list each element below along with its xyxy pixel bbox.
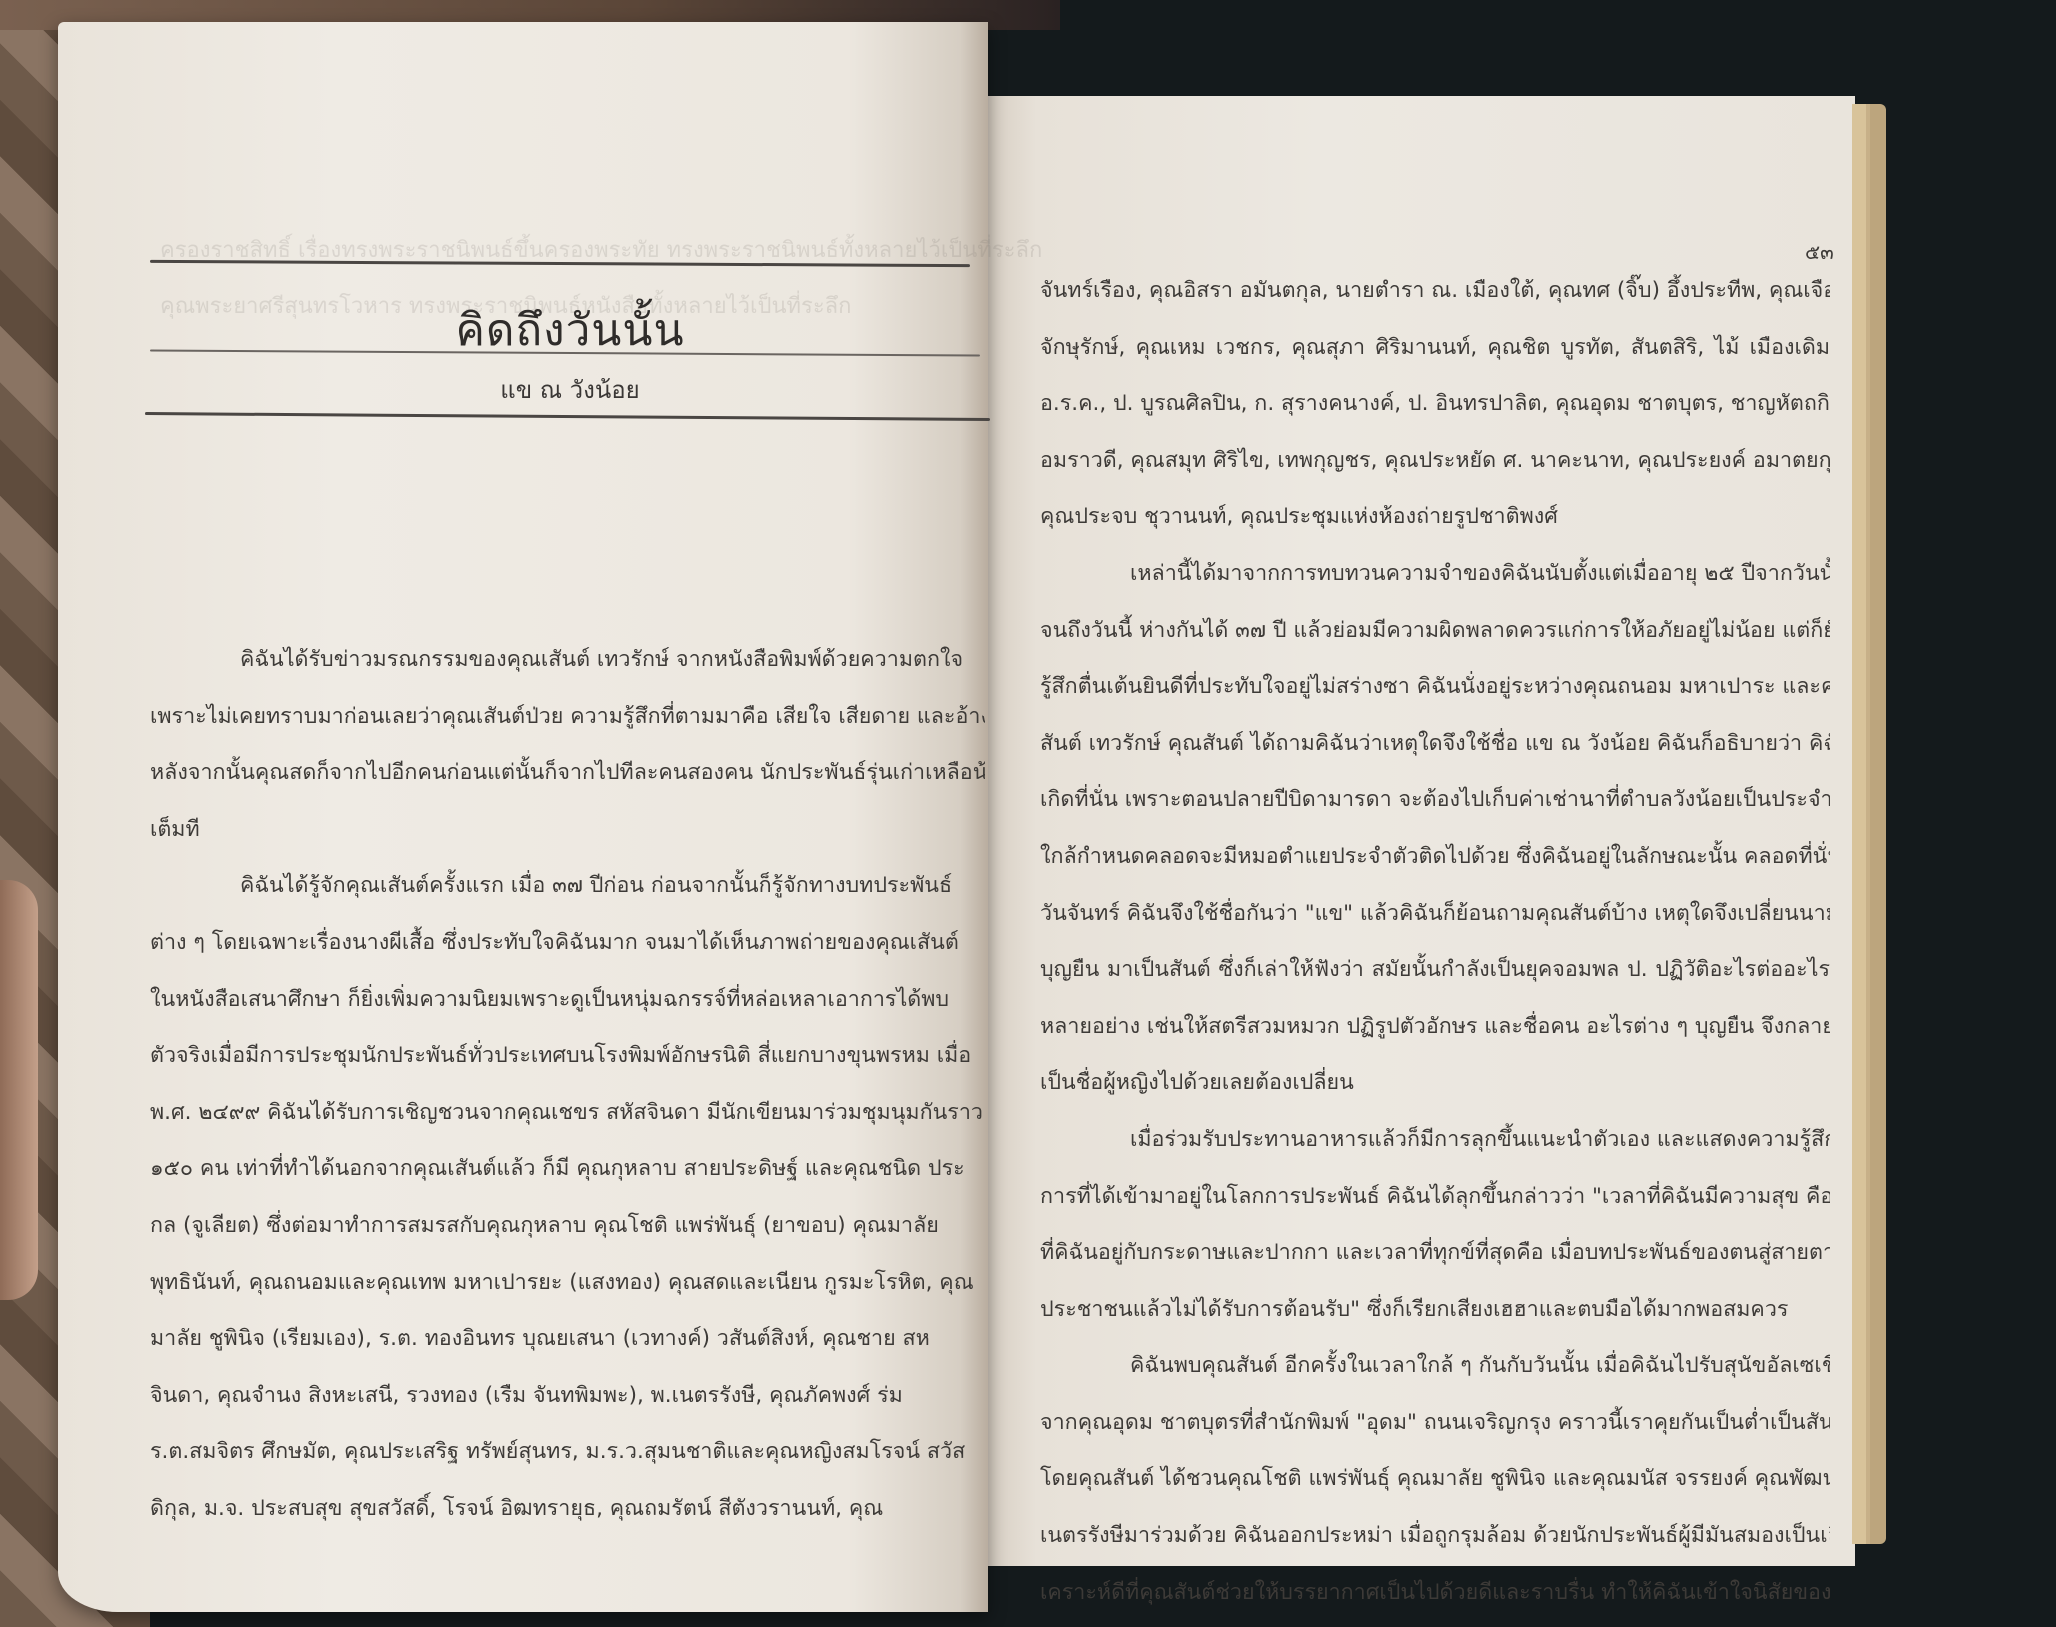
body-line: คิฉันได้รู้จักคุณเสันต์ครั้งแรก เมื่อ ๓๗… [150, 858, 985, 915]
body-line: ๑๕๐ คน เท่าที่ทำได้นอกจากคุณเสันต์แล้ว ก… [150, 1141, 985, 1198]
body-line: ต่าง ๆ โดยเฉพาะเรื่องนางผีเสื้อ ซึ่งประท… [150, 915, 985, 972]
body-line: พุทธินันท์, คุณถนอมและคุณเทพ มหาเปารยะ (… [150, 1255, 985, 1312]
body-line: รู้สึกตื่นเต้นยินดีที่ประทับใจอยู่ไม่สร่… [1040, 659, 1830, 716]
body-line: เคราะห์ดีที่คุณสันต์ช่วยให้บรรยากาศเป็นไ… [1040, 1565, 1830, 1622]
body-line: สันต์ เทวรักษ์ คุณสันต์ ได้ถามคิฉันว่าเห… [1040, 716, 1830, 773]
body-line: ประชาชนแล้วไม่ได้รับการต้อนรับ" ซึ่งก็เร… [1040, 1282, 1830, 1339]
body-line: เต็มที [150, 802, 985, 859]
body-line: ดิกุล, ม.จ. ประสบสุข สุขสวัสดิ์, โรจน์ อ… [150, 1481, 985, 1538]
body-line: กล (จูเลียต) ซึ่งต่อมาทำการสมรสกับคุณกุห… [150, 1198, 985, 1255]
body-line: จินดา, คุณจำนง สิงหะเสนี, รวงทอง (เรืม จ… [150, 1368, 985, 1425]
body-line: หลังจากนั้นคุณสดก็จากไปอีกคนก่อนแต่นั้นก… [150, 745, 985, 802]
body-line: บุญยืน มาเป็นสันต์ ซึ่งก็เล่าให้ฟังว่า ส… [1040, 942, 1830, 999]
body-line: วันจันทร์ คิฉันจึงใช้ชื่อกันว่า "แข" แล้… [1040, 886, 1830, 943]
body-line: หลายอย่าง เช่นให้สตรีสวมหมวก ปฏิรูปตัวอั… [1040, 999, 1830, 1056]
body-line: จันทร์เรือง, คุณอิสรา อมันตกุล, นายตำรา … [1040, 263, 1830, 320]
body-line: ที่คิฉันอยู่กับกระดาษและปากกา และเวลาที่… [1040, 1225, 1830, 1282]
body-line: อ.ร.ค., ป. บูรณศิลปิน, ก. สุรางคนางค์, ป… [1040, 376, 1830, 433]
thumb-holding-book [0, 880, 38, 1300]
body-line: ใกล้กำหนดคลอดจะมีหมอตำแยประจำตัวติดไปด้ว… [1040, 829, 1830, 886]
body-line: การที่ได้เข้ามาอยู่ในโลกการประพันธ์ คิฉั… [1040, 1169, 1830, 1226]
chapter-author: แข ณ วังน้อย [150, 370, 990, 409]
body-line: จักษุรักษ์, คุณเหม เวชกร, คุณสุภา ศิริมา… [1040, 320, 1830, 377]
body-line: ร.ต.สมจิตร ศึกษมัต, คุณประเสริฐ ทรัพย์สุ… [150, 1424, 985, 1481]
body-line: เกิดที่นั่น เพราะตอนปลายปีบิดามารดา จะต้… [1040, 772, 1830, 829]
body-line: เหล่านี้ได้มาจากการทบทวนความจำของคิฉันนั… [1040, 546, 1830, 603]
body-line: คุณประจบ ชุวานนท์, คุณประชุมแห่งห้องถ่าย… [1040, 489, 1830, 546]
body-line: จากคุณอุดม ชาตบุตรที่สำนักพิมพ์ "อุดม" ถ… [1040, 1395, 1830, 1452]
body-line: คิฉันพบคุณสันต์ อีกครั้งในเวลาใกล้ ๆ กัน… [1040, 1338, 1830, 1395]
body-line: เมื่อร่วมรับประทานอาหารแล้วก็มีการลุกขึ้… [1040, 1112, 1830, 1169]
body-line: เพราะไม่เคยทราบมาก่อนเลยว่าคุณเสันต์ป่วย… [150, 689, 985, 746]
body-line: มาลัย ชูพินิจ (เรียมเอง), ร.ต. ทองอินทร … [150, 1311, 985, 1368]
body-line: เป็นชื่อผู้หญิงไปด้วยเลยต้องเปลี่ยน [1040, 1055, 1830, 1112]
right-page-body: จันทร์เรือง, คุณอิสรา อมันตกุล, นายตำรา … [1040, 263, 1830, 1621]
body-line: ตัวจริงเมื่อมีการประชุมนักประพันธ์ทั่วปร… [150, 1028, 985, 1085]
body-line: คิฉันได้รับข่าวมรณกรรมของคุณเสันต์ เทวรั… [150, 632, 985, 689]
body-line: อมราวดี, คุณสมุท ศิริไข, เทพกุญชร, คุณปร… [1040, 433, 1830, 490]
body-line: จนถึงวันนี้ ห่างกันได้ ๓๗ ปี แล้วย่อมมีค… [1040, 603, 1830, 660]
body-line: เนตรรังษีมาร่วมด้วย คิฉันออกประหม่า เมื่… [1040, 1508, 1830, 1565]
left-page-body: คิฉันได้รับข่าวมรณกรรมของคุณเสันต์ เทวรั… [150, 632, 985, 1538]
page-edges [1852, 104, 1886, 1544]
body-line: โดยคุณสันต์ ได้ชวนคุณโชติ แพร่พันธุ์ คุณ… [1040, 1451, 1830, 1508]
body-line: พ.ศ. ๒๔๙๙ คิฉันได้รับการเชิญชวนจากคุณเชข… [150, 1085, 985, 1142]
body-line: ในหนังสือเสนาศึกษา ก็ยิ่งเพิ่มความนิยมเพ… [150, 972, 985, 1029]
